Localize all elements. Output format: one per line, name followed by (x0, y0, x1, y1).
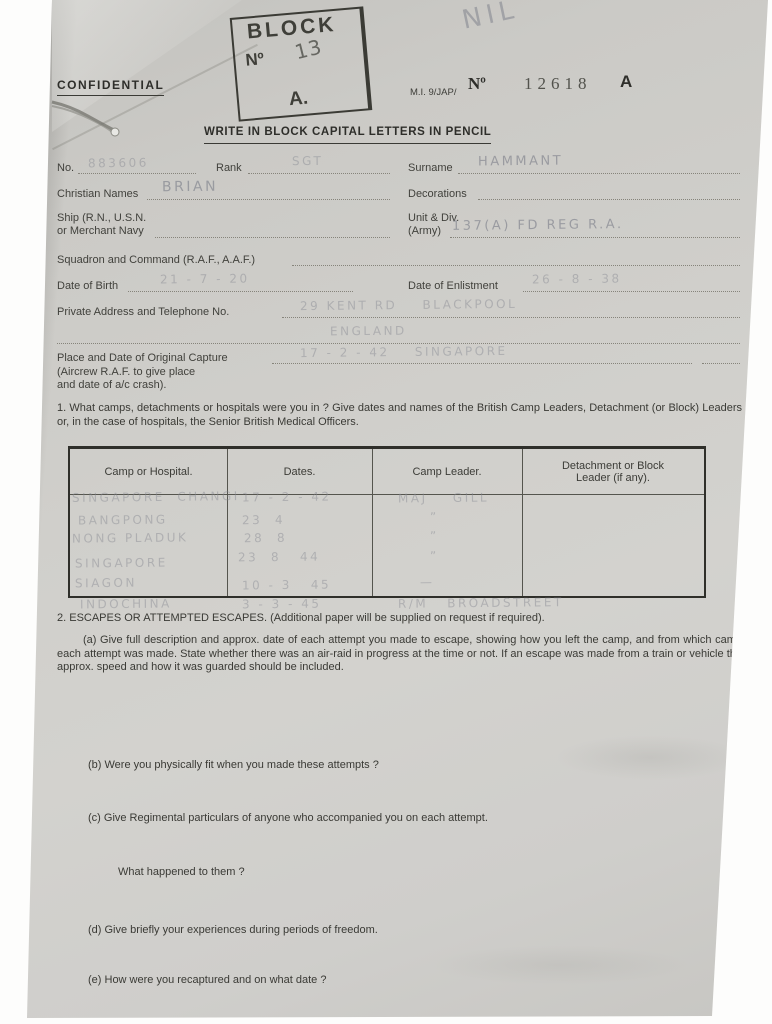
squadron-label: Squadron and Command (R.A.F., A.A.F.) (57, 254, 255, 268)
private-address-value2-handwritten: ENGLAND (330, 324, 407, 339)
decorations-field-line (478, 198, 740, 200)
paper-sheet: CONFIDENTIAL BLOCK Nº 13 A. NIL M.I. 9/J… (0, 0, 772, 1024)
table-row-dates: 17 - 2 - 42 (242, 490, 332, 505)
stamp-block-label: BLOCK (246, 13, 337, 45)
question-2e-text: (e) How were you recaptured and on what … (88, 974, 688, 988)
table-overflow-leader: R/M BROADSTREET (398, 595, 564, 611)
table-overflow-camp: INDOCHINA (80, 597, 172, 612)
table-row-camp: SINGAPORE (75, 556, 168, 571)
mi9-ref-number-stamp: 12618 (524, 77, 592, 91)
table-header-leader: Camp Leader. (372, 449, 522, 494)
scanned-document: CONFIDENTIAL BLOCK Nº 13 A. NIL M.I. 9/J… (0, 0, 772, 1024)
string-tag-icon (50, 92, 130, 142)
capture-note-line2: and date of a/c crash). (57, 379, 166, 393)
table-header-detachment: Detachment or Block Leader (if any). (522, 449, 704, 494)
table-row-leader: ” (430, 549, 439, 563)
table-row-dates: 28 8 (244, 531, 287, 545)
table-row-camp: SINGAPORE CHANGI (72, 489, 240, 505)
mi9-ref-no-label: Nº (468, 77, 486, 91)
table-row-leader: — (420, 575, 435, 589)
table-row-dates: 23 4 (242, 513, 285, 527)
table-row-leader: ” (430, 529, 439, 543)
private-address-value-handwritten: 29 KENT RD BLACKPOOL (300, 297, 517, 313)
table-header-camp: Camp or Hospital. (70, 449, 227, 494)
date-of-enlistment-field-line (523, 290, 740, 292)
unit-div-field-line (450, 236, 740, 238)
stamp-a-label: A. (288, 88, 309, 112)
christian-names-label: Christian Names (57, 188, 138, 202)
table-row-leader: MAJ GILL (398, 491, 489, 506)
question-2d-text: (d) Give briefly your experiences during… (88, 924, 688, 938)
squadron-field-line (292, 264, 740, 266)
question-2c-text: (c) Give Regimental particulars of anyon… (88, 812, 708, 826)
table-row-camp: SIAGON (75, 576, 137, 591)
stamp-block-number-handwritten: 13 (292, 34, 324, 64)
unit-div-value-handwritten: 137(A) FD REG R.A. (452, 217, 624, 234)
capture-label: Place and Date of Original Capture (57, 352, 228, 366)
table-row-camp: NONG PLADUK (72, 530, 188, 545)
table-row-leader: ” (430, 510, 439, 524)
confidential-label: CONFIDENTIAL (57, 79, 164, 96)
stamp-no-label: Nº (245, 49, 265, 71)
date-of-enlistment-label: Date of Enlistment (408, 280, 498, 294)
question-1-text: 1. What camps, detachments or hospitals … (57, 402, 742, 429)
mi9-ref-prefix: M.I. 9/JAP/ (410, 86, 456, 100)
question-2a-text: (a) Give full description and approx. da… (57, 634, 742, 675)
capture-field-line (272, 362, 692, 364)
question-2b-text: (b) Were you physically fit when you mad… (88, 759, 688, 773)
date-of-birth-field-line (128, 290, 353, 292)
surname-value-handwritten: HAMMANT (478, 154, 563, 170)
unit-div-label-line2: (Army) (408, 225, 441, 239)
decorations-label: Decorations (408, 188, 467, 202)
ship-label-line1: Ship (R.N., U.S.N. (57, 212, 146, 226)
table-row-dates: 10 - 3 45 (242, 578, 331, 593)
table-overflow-dates: 3 - 3 - 45 (242, 597, 322, 612)
ship-field-line (155, 236, 390, 238)
date-of-birth-label: Date of Birth (57, 280, 118, 294)
rank-value-handwritten: SGT (292, 154, 323, 168)
private-address-label: Private Address and Telephone No. (57, 306, 229, 320)
date-of-birth-value-handwritten: 21 - 7 - 20 (160, 272, 250, 287)
surname-label: Surname (408, 162, 453, 176)
christian-names-value-handwritten: BRIAN (162, 179, 218, 196)
no-label: No. (57, 162, 74, 176)
table-row-dates: 23 8 44 (238, 550, 320, 565)
rank-label: Rank (216, 162, 242, 176)
mi9-ref-suffix: A (620, 75, 632, 89)
capture-value-handwritten: 17 - 2 - 42 SINGAPORE (300, 344, 508, 360)
table-row-camp: BANGPONG (78, 513, 168, 528)
rank-field-line (248, 172, 390, 174)
capture-field-line-end (702, 362, 740, 364)
block-number-stamp: BLOCK Nº 13 A. (230, 6, 373, 121)
capture-note-line1: (Aircrew R.A.F. to give place (57, 366, 195, 380)
question-2c-followup-text: What happened to them ? (118, 866, 518, 880)
no-field-line (78, 172, 196, 174)
no-value-handwritten: 883606 (88, 156, 149, 171)
nil-handwritten: NIL (459, 0, 521, 36)
surname-field-line (458, 172, 740, 174)
private-address-field-line (282, 316, 740, 318)
ship-label-line2: or Merchant Navy (57, 225, 144, 239)
private-address-field-line2 (57, 342, 740, 344)
date-of-enlistment-value-handwritten: 26 - 8 - 38 (532, 272, 622, 287)
table-header-dates: Dates. (227, 449, 372, 494)
question-2-heading: 2. ESCAPES OR ATTEMPTED ESCAPES. (Additi… (57, 612, 747, 626)
christian-names-field-line (147, 198, 390, 200)
form-instruction: WRITE IN BLOCK CAPITAL LETTERS IN PENCIL (204, 126, 491, 144)
bleedthrough-smudge (555, 735, 745, 780)
